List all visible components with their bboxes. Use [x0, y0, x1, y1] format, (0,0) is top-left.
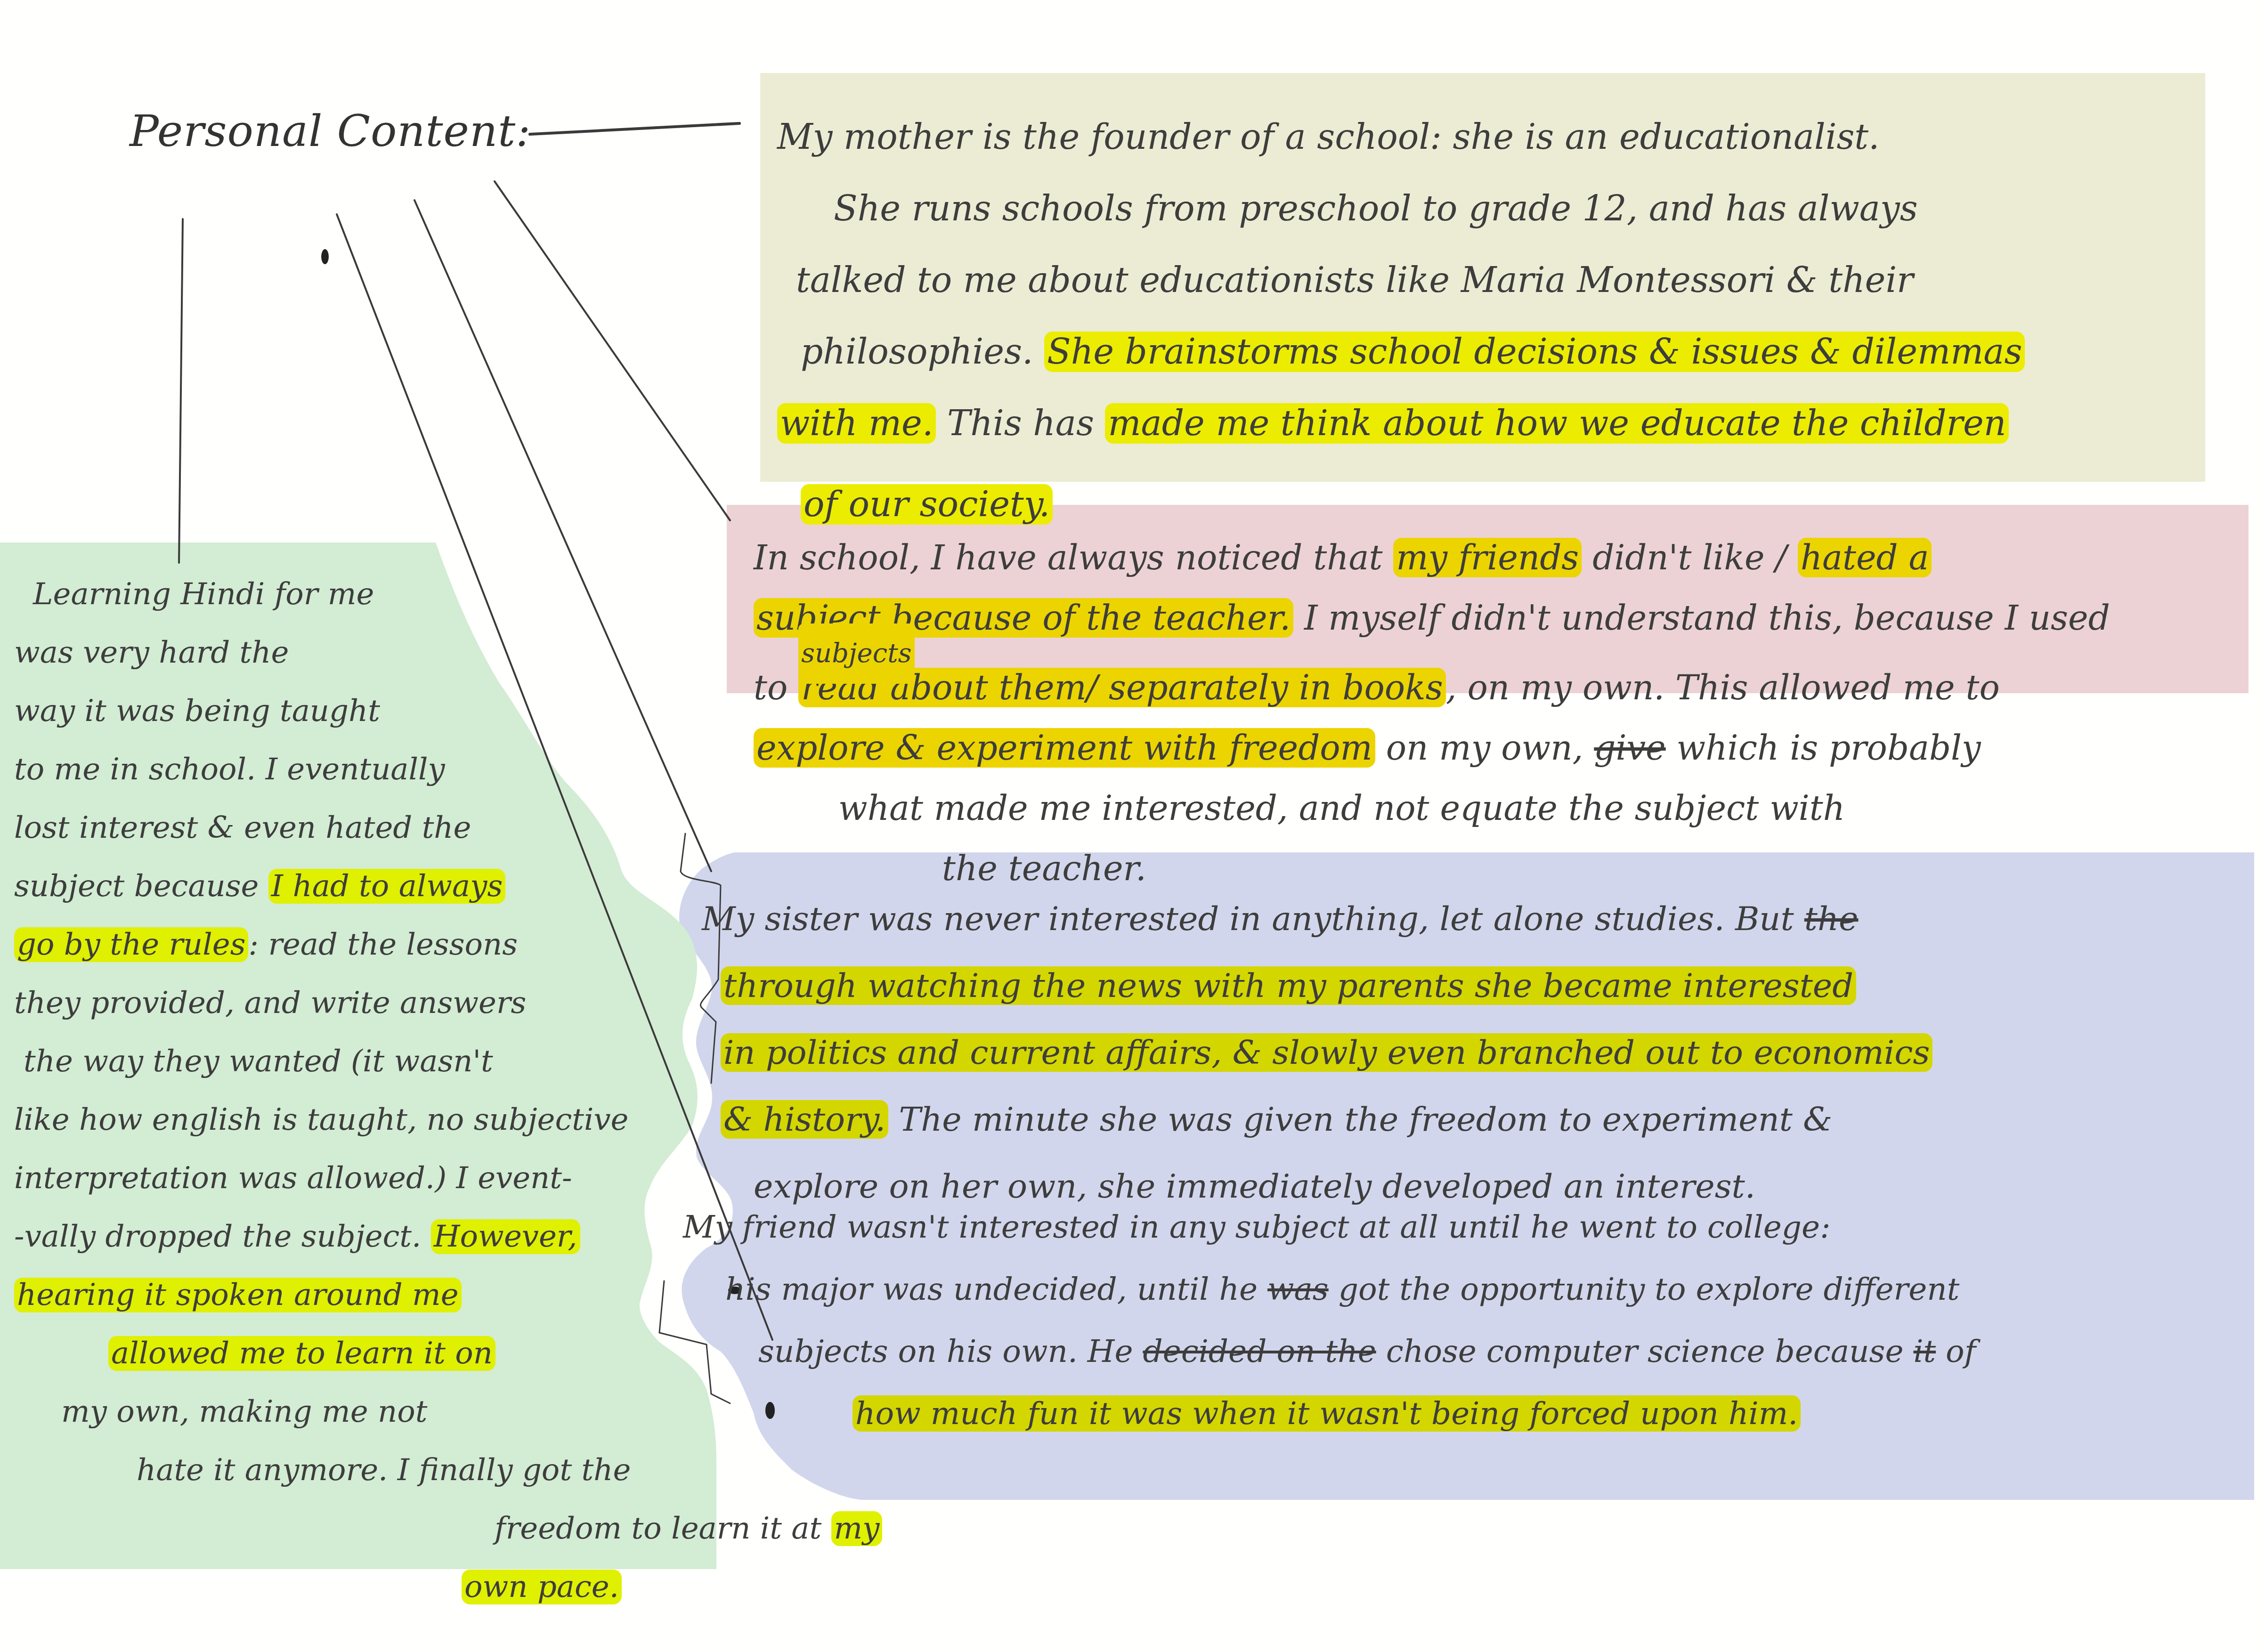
highlight: of our society. [801, 484, 1053, 525]
note-line: to subjectsread about them/ separately i… [754, 657, 2237, 718]
note-line: the way they wanted (it wasn't [14, 1032, 711, 1091]
note-line: through watching the news with my parent… [702, 952, 2247, 1019]
highlight: my [831, 1511, 883, 1546]
note-line: interpretation was allowed.) I event- [14, 1149, 711, 1207]
note-line: way it was being taught [14, 682, 711, 740]
note-line: was very hard the [14, 624, 711, 682]
note-line: explore & experiment with freedom on my … [754, 718, 2237, 778]
connector-line-school [495, 181, 730, 520]
note-line: hate it anymore. I finally got the [14, 1441, 711, 1499]
highlight: in politics and current affairs, & slowl… [721, 1033, 1932, 1072]
note-line: subject because of the teacher. I myself… [754, 588, 2237, 648]
note-school: In school, I have always noticed that my… [754, 527, 2237, 899]
note-line: go by the rules: read the lessons [14, 915, 711, 974]
note-line: My friend wasn't interested in any subje… [683, 1196, 2247, 1258]
highlight: hated a [1798, 538, 1932, 577]
highlight: explore & experiment with freedom [754, 728, 1375, 768]
note-line: lost interest & even hated the [14, 799, 711, 857]
mind-map-page: Personal Content: My mother is the found… [0, 0, 2265, 1652]
note-line: subject because I had to always [14, 857, 711, 915]
note-line: own pace. [14, 1558, 711, 1616]
page-title: Personal Content: [130, 106, 531, 156]
note-friend: My friend wasn't interested in any subje… [683, 1196, 2247, 1445]
note-line: what made me interested, and not equate … [754, 778, 2237, 838]
note-line: in politics and current affairs, & slowl… [702, 1019, 2247, 1086]
note-line: hearing it spoken around me [14, 1266, 711, 1324]
note-line: freedom to learn it at my [14, 1499, 711, 1558]
note-line: allowed me to learn it on [14, 1324, 711, 1383]
highlight: how much fun it was when it wasn't being… [852, 1395, 1801, 1432]
ink-blot [321, 249, 329, 264]
note-line: -vally dropped the subject. However, [14, 1207, 711, 1266]
highlight: I had to always [268, 869, 505, 904]
note-line: with me. This has made me think about ho… [777, 388, 2190, 459]
note-mother: My mother is the founder of a school: sh… [777, 101, 2190, 540]
note-line: to me in school. I eventually [14, 740, 711, 799]
highlight: my friends [1393, 538, 1582, 577]
note-line: subjects on his own. He decided on the c… [683, 1320, 2247, 1383]
struck-word: give [1594, 728, 1665, 768]
highlight: & history. [721, 1100, 888, 1139]
highlight: allowed me to learn it on [108, 1336, 495, 1371]
highlight: through watching the news with my parent… [721, 966, 1856, 1005]
struck-word: it [1914, 1333, 1936, 1369]
note-line: philosophies. She brainstorms school dec… [777, 316, 2190, 388]
highlight: However, [431, 1219, 580, 1254]
highlight: She brainstorms school decisions & issue… [1044, 332, 2025, 372]
connector-line-mother [530, 123, 739, 134]
note-line: his major was undecided, until he was go… [683, 1258, 2247, 1320]
connector-line-hindi [179, 219, 183, 563]
highlight: hearing it spoken around me [14, 1278, 462, 1312]
note-sister: My sister was never interested in anythi… [702, 885, 2247, 1220]
note-line: my own, making me not [14, 1383, 711, 1441]
inserted-word: subjects [798, 624, 914, 684]
note-line: how much fun it was when it wasn't being… [683, 1383, 2247, 1445]
note-line: My mother is the founder of a school: sh… [777, 101, 2190, 173]
note-line: Learning Hindi for me [14, 565, 711, 624]
inserted-word-note: subjectsread about them/ separately in b… [798, 657, 1446, 718]
note-line: talked to me about educationists like Ma… [777, 244, 2190, 316]
highlight: with me. [777, 403, 936, 444]
note-line: In school, I have always noticed that my… [754, 527, 2237, 588]
note-line: My sister was never interested in anythi… [702, 885, 2247, 952]
highlight: go by the rules [14, 927, 248, 962]
struck-word: decided on the [1143, 1333, 1376, 1369]
highlight: own pace. [462, 1570, 622, 1604]
highlight: made me think about how we educate the c… [1105, 403, 2009, 444]
struck-word: the [1804, 899, 1859, 938]
note-line: She runs schools from preschool to grade… [777, 173, 2190, 244]
note-line: & history. The minute she was given the … [702, 1086, 2247, 1153]
note-line: they provided, and write answers [14, 974, 711, 1032]
note-line: like how english is taught, no subjectiv… [14, 1091, 711, 1149]
note-hindi: Learning Hindi for me was very hard the … [14, 565, 711, 1616]
struck-word: was [1267, 1271, 1329, 1307]
